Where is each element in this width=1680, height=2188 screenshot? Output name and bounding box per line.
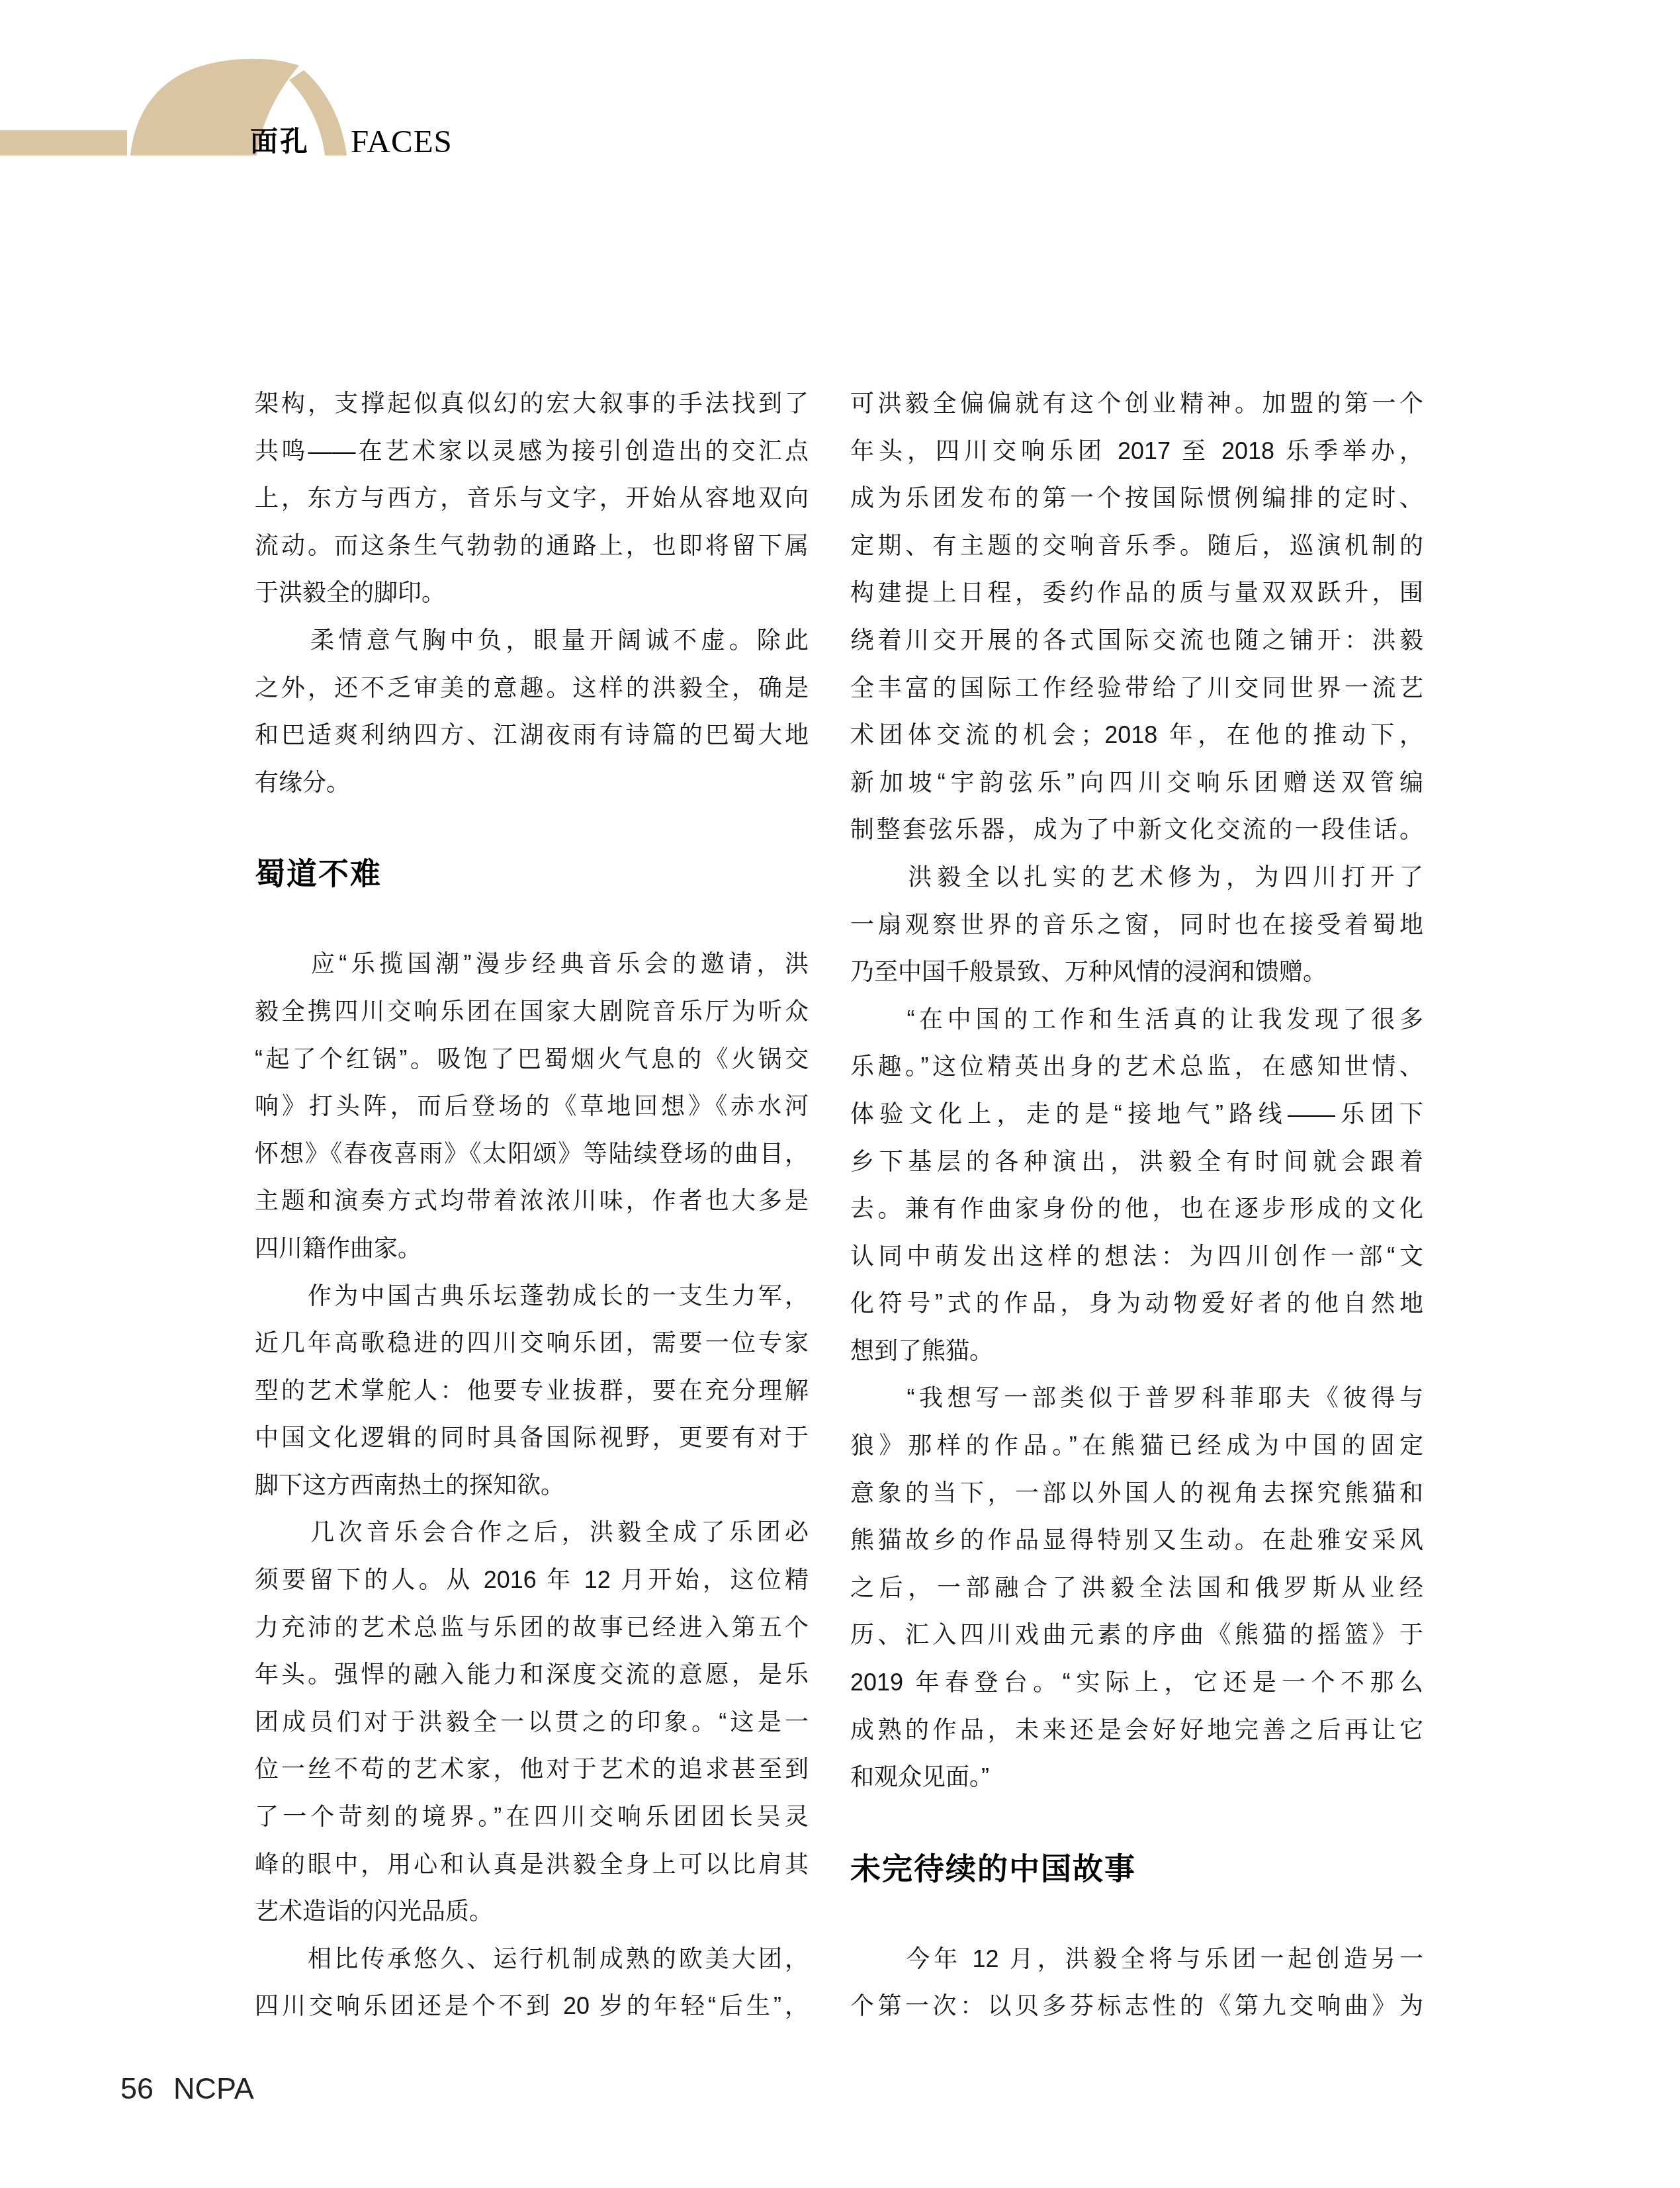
text-line: 认同中萌发出这样的想法：为四川创作一部“文 [850,1233,1423,1280]
magazine-page: 面孔 FACES 架构，支撑起似真似幻的宏大叙事的手法找到了共鸣——在艺术家以灵… [0,0,1680,2188]
text-line: 可洪毅全偏偏就有这个创业精神。加盟的第一个 [850,380,1423,427]
text-line: 近几年高歌稳进的四川交响乐团，需要一位专家 [255,1319,809,1367]
text-line: 年头，四川交响乐团 2017 至 2018 乐季举办， [850,427,1423,475]
text-line: 四川交响乐团还是个不到 20 岁的年轻“后生”， [255,1982,809,2030]
section-heading: 蜀道不难 [255,853,809,893]
text-line: 乡下基层的各种演出，洪毅全有时间就会跟着 [850,1138,1423,1186]
text-line: 主题和演奏方式均带着浓浓川味，作者也大多是 [255,1177,809,1225]
text-line: 几次音乐会合作之后，洪毅全成了乐团必 [255,1509,809,1556]
text-line: 中国文化逻辑的同时具备国际视野，更要有对于 [255,1414,809,1462]
text-line: 成熟的作品，未来还是会好好地完善之后再让它 [850,1706,1423,1754]
page-number: 56 [120,2072,154,2105]
text-line: 相比传承悠久、运行机制成熟的欧美大团， [255,1935,809,1983]
text-line: 个第一次：以贝多芬标志性的《第九交响曲》为 [850,1982,1423,2030]
text-line: 制整套弦乐器，成为了中新文化交流的一段佳话。 [850,806,1423,853]
text-line: 成为乐团发布的第一个按国际惯例编排的定时、 [850,474,1423,522]
text-line: 流动。而这条生气勃勃的通路上，也即将留下属 [255,522,809,570]
text-line: “起了个红锅”。吸饱了巴蜀烟火气息的《火锅交 [255,1035,809,1083]
text-line: 意象的当下，一部以外国人的视角去探究熊猫和 [850,1469,1423,1517]
text-line: 怀想》《春夜喜雨》《太阳颂》等陆续登场的曲目， [255,1130,809,1178]
text-line: 年头。强悍的融入能力和深度交流的意愿，是乐 [255,1651,809,1698]
text-line: 之后，一部融合了洪毅全法国和俄罗斯从业经 [850,1564,1423,1612]
section-title-english: FACES [351,126,453,157]
text-line: 和巴适爽利纳四方、江湖夜雨有诗篇的巴蜀大地 [255,711,809,759]
text-line: 今年 12 月，洪毅全将与乐团一起创造另一 [850,1935,1423,1983]
text-line: 洪毅全以扎实的艺术修为，为四川打开了 [850,853,1423,901]
text-line: 和观众见面。” [850,1753,1423,1801]
text-line: 峰的眼中，用心和认真是洪毅全身上可以比肩其 [255,1841,809,1888]
text-line: “我想写一部类似于普罗科菲耶夫《彼得与 [850,1374,1423,1422]
text-line: 柔情意气胸中负，眼量开阔诚不虚。除此 [255,617,809,664]
text-line: 上，东方与西方，音乐与文字，开始从容地双向 [255,474,809,522]
text-line: 熊猫故乡的作品显得特别又生动。在赴雅安采风 [850,1516,1423,1564]
text-line: 狼》那样的作品。”在熊猫已经成为中国的固定 [850,1422,1423,1469]
text-line: 新加坡“宇韵弦乐”向四川交响乐团赠送双管编 [850,759,1423,807]
text-line: 架构，支撑起似真似幻的宏大叙事的手法找到了 [255,380,809,427]
text-line: 应“乐揽国潮”漫步经典音乐会的邀请，洪 [255,940,809,988]
text-line: 之外，还不乏审美的意趣。这样的洪毅全，确是 [255,664,809,712]
page-footer: 56 NCPA [120,2072,254,2105]
article-column-right: 可洪毅全偏偏就有这个创业精神。加盟的第一个年头，四川交响乐团 2017 至 20… [850,380,1423,2030]
section-heading: 未完待续的中国故事 [850,1849,1423,1888]
text-line: 艺术造诣的闪光品质。 [255,1888,809,1935]
text-line: 乐趣。”这位精英出身的艺术总监，在感知世情、 [850,1043,1423,1090]
section-title-chinese: 面孔 [250,127,310,156]
text-line: 须要留下的人。从 2016 年 12 月开始，这位精 [255,1556,809,1604]
text-line: 共鸣——在艺术家以灵感为接引创造出的交汇点 [255,427,809,475]
text-line: 于洪毅全的脚印。 [255,569,809,617]
text-line: 四川籍作曲家。 [255,1225,809,1272]
text-line: 化符号”式的作品，身为动物爱好者的他自然地 [850,1280,1423,1327]
text-line: 定期、有主题的交响音乐季。随后，巡演机制的 [850,522,1423,570]
header-rule-bar [0,130,127,155]
text-line: 作为中国古典乐坛蓬勃成长的一支生力军， [255,1272,809,1320]
text-line: 去。兼有作曲家身份的他，也在逐步形成的文化 [850,1185,1423,1233]
magazine-brand: NCPA [173,2072,254,2105]
text-line: 有缘分。 [255,759,809,807]
article-column-left: 架构，支撑起似真似幻的宏大叙事的手法找到了共鸣——在艺术家以灵感为接引创造出的交… [255,380,809,2030]
text-line: 位一丝不苟的艺术家，他对于艺术的追求甚至到 [255,1745,809,1793]
text-line: 毅全携四川交响乐团在国家大剧院音乐厅为听众 [255,988,809,1035]
text-line: 全丰富的国际工作经验带给了川交同世界一流艺 [850,664,1423,712]
text-line: 绕着川交开展的各式国际交流也随之铺开：洪毅 [850,617,1423,664]
text-line: 构建提上日程，委约作品的质与量双双跃升，围 [850,569,1423,617]
text-line: “在中国的工作和生活真的让我发现了很多 [850,996,1423,1043]
text-line: 团成员们对于洪毅全一以贯之的印象。“这是一 [255,1698,809,1746]
text-line: 历、汇入四川戏曲元素的序曲《熊猫的摇篮》于 [850,1611,1423,1659]
text-line: 力充沛的艺术总监与乐团的故事已经进入第五个 [255,1604,809,1651]
text-line: 乃至中国千般景致、万种风情的浸润和馈赠。 [850,948,1423,996]
text-line: 体验文化上，走的是“接地气”路线——乐团下 [850,1090,1423,1138]
text-line: 脚下这方西南热土的探知欲。 [255,1462,809,1509]
text-line: 想到了熊猫。 [850,1327,1423,1375]
text-line: 术团体交流的机会；2018 年，在他的推动下， [850,711,1423,759]
text-line: 2019 年春登台。“实际上，它还是一个不那么 [850,1659,1423,1706]
text-line: 响》打头阵，而后登场的《草地回想》《赤水河 [255,1082,809,1130]
text-line: 一扇观察世界的音乐之窗，同时也在接受着蜀地 [850,901,1423,949]
text-line: 了一个苛刻的境界。”在四川交响乐团团长吴灵 [255,1793,809,1841]
text-line: 型的艺术掌舵人：他要专业拔群，要在充分理解 [255,1367,809,1415]
